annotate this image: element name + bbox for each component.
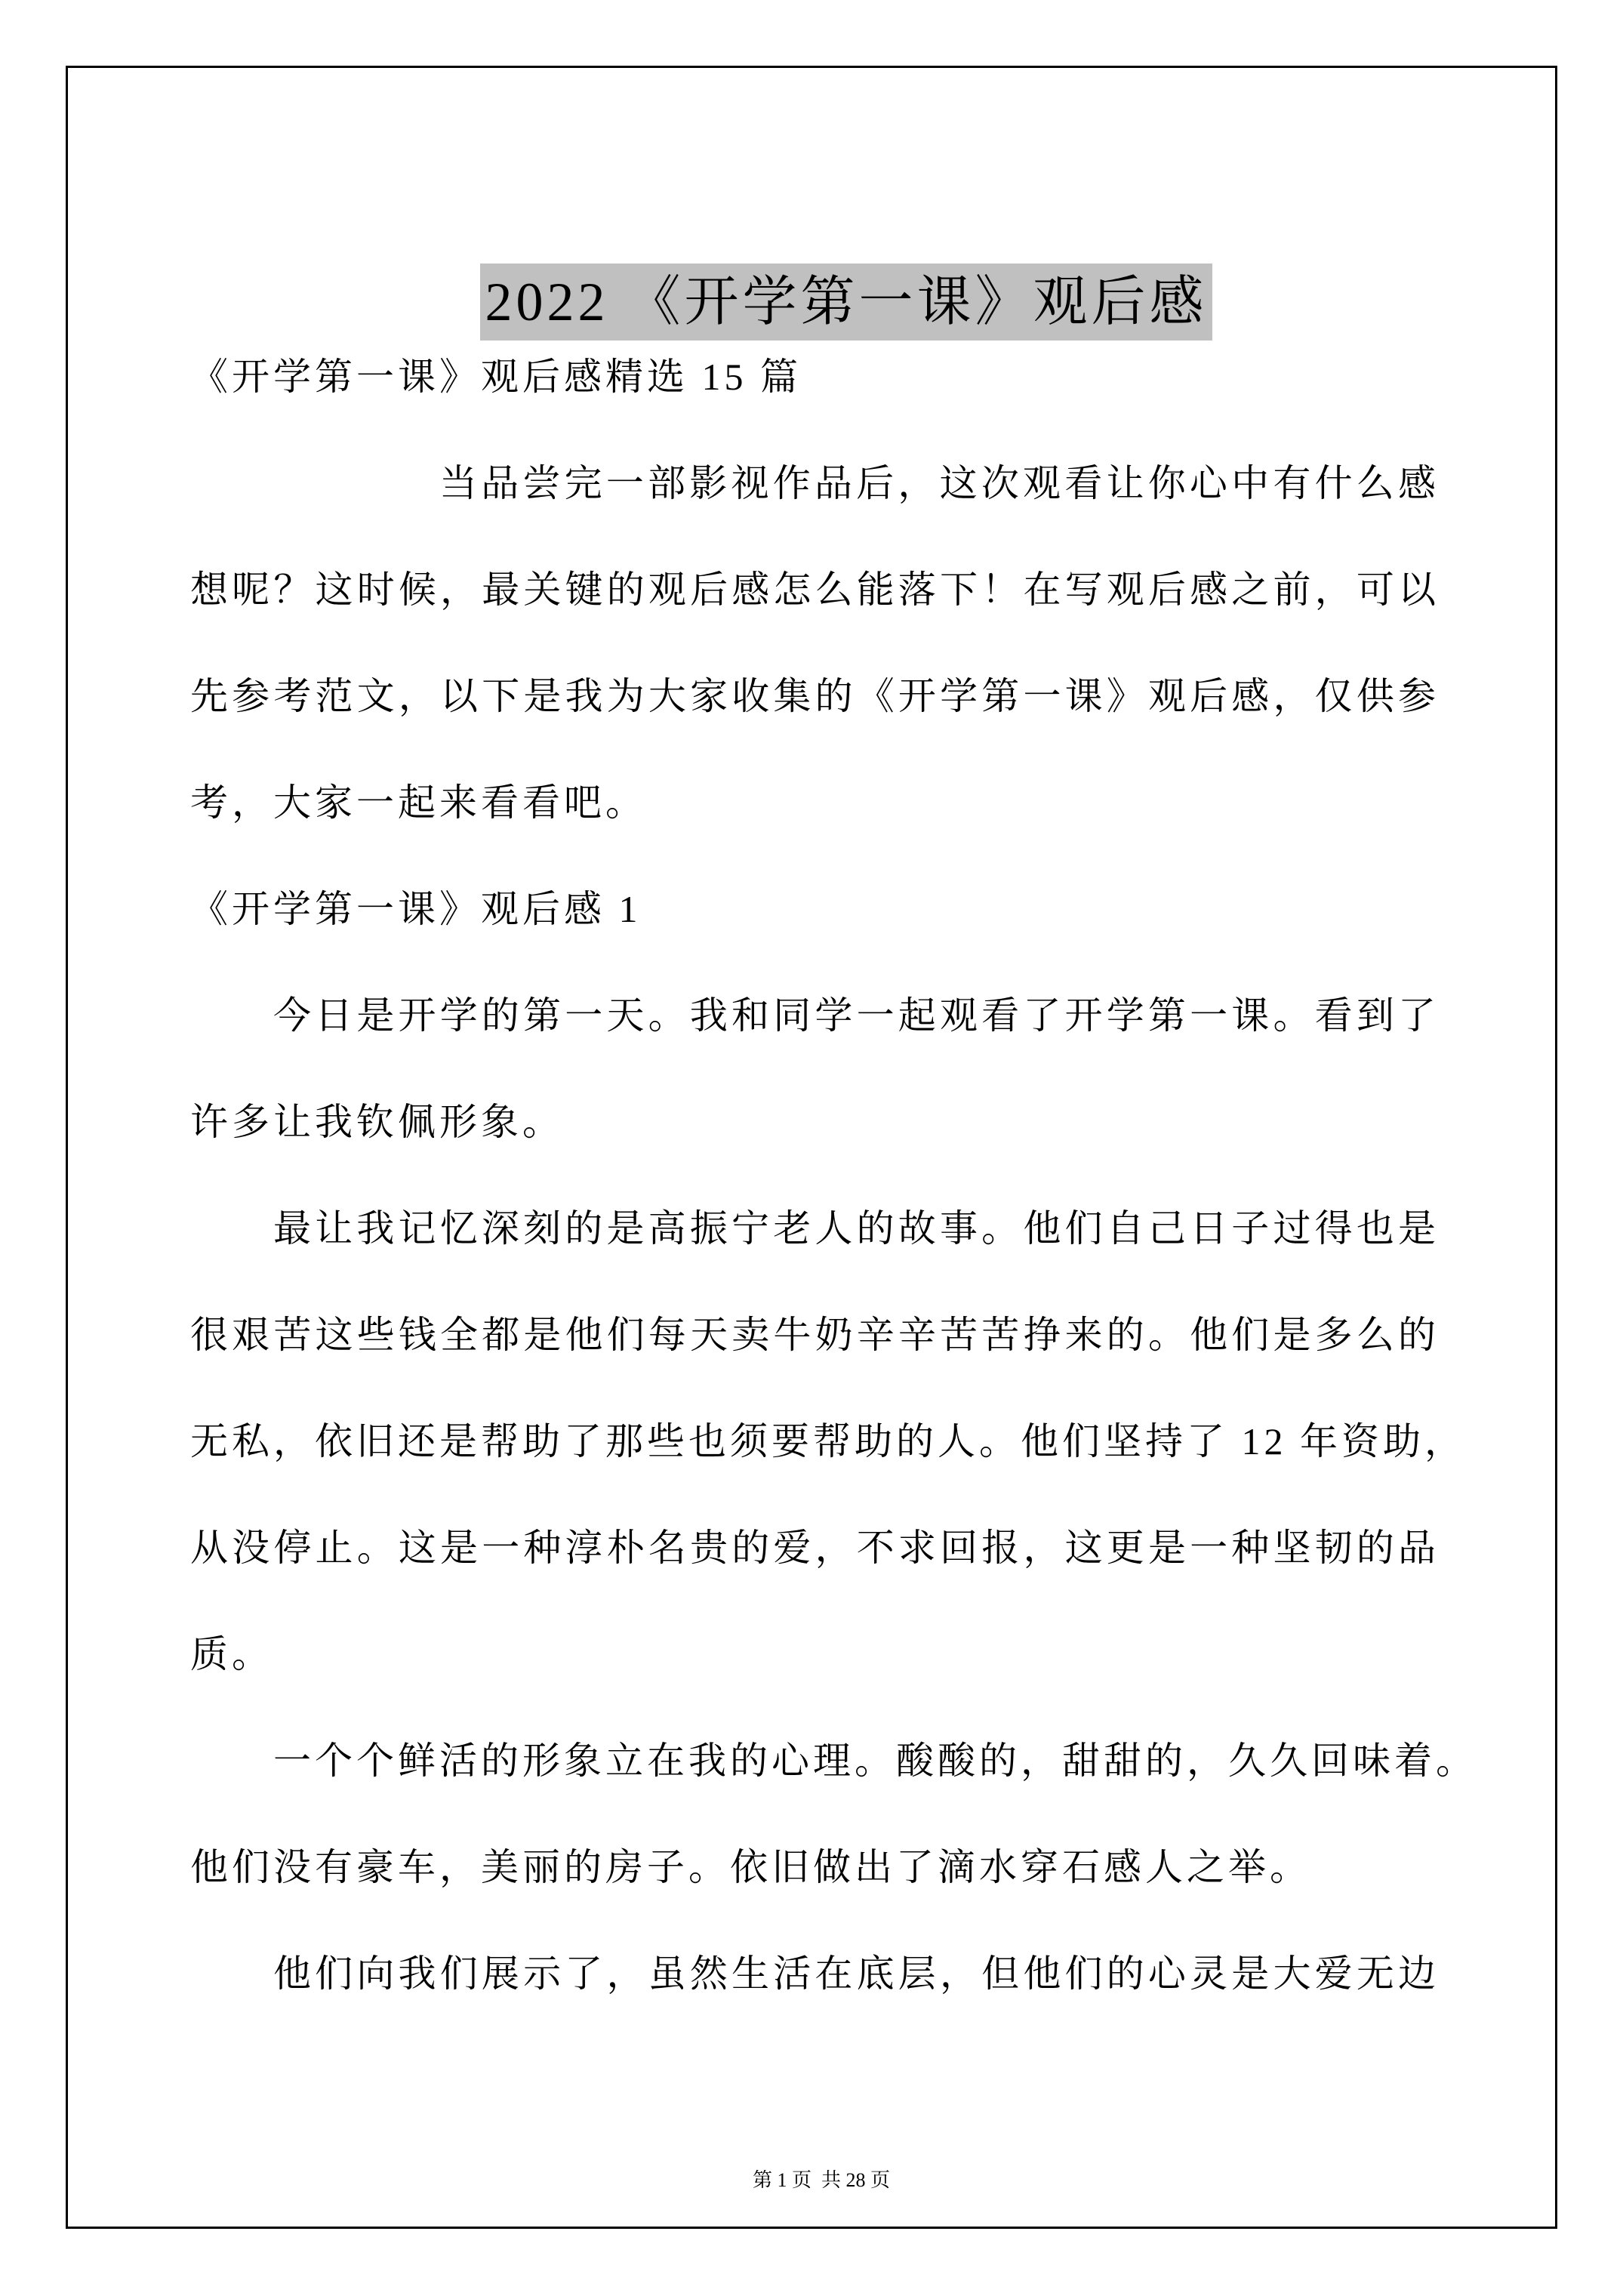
document-line: 从没停止。这是一种淳朴名贵的爱，不求回报，这更是一种坚韧的品 <box>190 1495 1440 1601</box>
document-line: 一个个鲜活的形象立在我的心理。酸酸的，甜甜的，久久回味着。 <box>190 1708 1440 1814</box>
document-line: 很艰苦这些钱全都是他们每天卖牛奶辛辛苦苦挣来的。他们是多么的 <box>190 1282 1440 1388</box>
page-footer: 第 1 页 共 28 页 <box>66 2124 1557 2237</box>
document-page: 2022 《开学第一课》观后感 《开学第一课》观后感精选 15 篇当品尝完一部影… <box>0 0 1623 2296</box>
document-line: 今日是开学的第一天。我和同学一起观看了开学第一课。看到了 <box>190 963 1440 1069</box>
document-line: 许多让我钦佩形象。 <box>190 1069 1440 1176</box>
document-line: 先参考范文，以下是我为大家收集的《开学第一课》观后感，仅供参 <box>190 643 1440 750</box>
document-line: 无私，依旧还是帮助了那些也须要帮助的人。他们坚持了 12 年资助， <box>190 1388 1440 1495</box>
document-line: 他们向我们展示了，虽然生活在底层，但他们的心灵是大爱无边 <box>190 1921 1440 2027</box>
document-body: 《开学第一课》观后感精选 15 篇当品尝完一部影视作品后，这次观看让你心中有什么… <box>190 324 1440 2027</box>
document-line: 想呢？这时候，最关键的观后感怎么能落下！在写观后感之前，可以 <box>190 537 1440 643</box>
document-line: 他们没有豪车，美丽的房子。依旧做出了滴水穿石感人之举。 <box>190 1814 1440 1921</box>
document-line: 《开学第一课》观后感精选 15 篇 <box>190 324 1440 430</box>
document-line: 《开学第一课》观后感 1 <box>190 856 1440 963</box>
document-line: 考，大家一起来看看吧。 <box>190 750 1440 856</box>
document-line: 当品尝完一部影视作品后，这次观看让你心中有什么感 <box>190 430 1440 537</box>
page-number-text: 第 1 页 共 28 页 <box>753 2169 890 2191</box>
document-line: 最让我记忆深刻的是高振宁老人的故事。他们自己日子过得也是 <box>190 1176 1440 1282</box>
document-line: 质。 <box>190 1601 1440 1708</box>
